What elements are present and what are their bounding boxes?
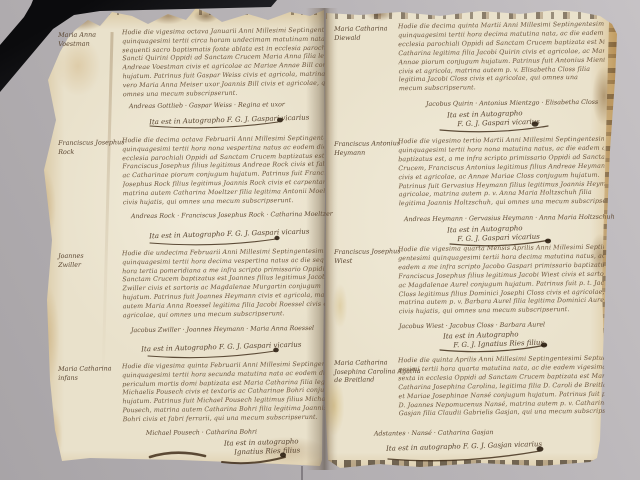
entry-body: Hodie die vigesima quinta Februarii Anni… [122,361,325,425]
entry-body: Hodie die vigesima octava Januarii Anni … [122,27,325,100]
scanner-bed-seam [301,466,303,480]
text-line: Zwiller [58,260,122,269]
margin-name: Maria CatharinaJosephina Carolina Agatha… [334,358,398,385]
margin-name: Maria CatharinaDiewald [334,24,398,42]
entry-body: Hodie die quinta Aprilis Anni Millesimi … [398,355,605,420]
entry-body: Hodie die vigesima quarta Mensis Aprilis… [398,244,605,318]
attestation: Ita est in AutographoF. G. J. Gaspari vi… [447,109,540,130]
text-line: Ignatius Ries filius [234,447,300,458]
text-line: Franciscus Antonius [334,139,398,148]
entry-body: Hodie die vigesimo tertio Martii Anni Mi… [398,136,605,210]
torn-top-edge [320,12,620,19]
text-line: Heymann [334,148,398,157]
witness-line: Michael Pousech · Catharina Bohri [146,429,257,437]
entry-body: Hodie die decima quinta Martii Anni Mill… [398,21,605,95]
attestation: Ita est in AutographoF. G. J. Ignatius R… [443,330,544,352]
margin-name: Maria AnnaVoestman [58,30,122,48]
text-line: Franciscus Josephus [334,247,398,256]
text-line: Josephina Carolina Agatha [334,367,398,376]
attestation: Ita est in AutographoF. G. J. Gaspari vi… [447,224,540,245]
text-line: Franciscus Josephus [58,138,122,147]
manuscript-scan: Maria AnnaVoestman Hodie die vigesima oc… [0,0,640,480]
text-line: Diewald [334,33,398,42]
margin-name: Franciscus AntoniusHeymann [334,139,398,157]
margin-name: Maria Catharinainfans [58,364,122,382]
margin-name: Franciscus JosephusWiest [334,247,398,265]
text-line: infans [58,373,122,382]
margin-name: JoannesZwiller [58,251,122,269]
text-line: Voestman [58,39,122,48]
attestation: Ita est in autographoIgnatius Ries filiu… [224,437,301,458]
worn-bottom-edge [320,460,620,468]
witness-line: Adstantes · Nansé · Catharina Gasjan [374,429,494,437]
entry-body: Hodie die decima octava Februarii Anni M… [122,135,325,208]
worn-bottom-edge [38,466,330,474]
text-line: de Breitland [334,375,398,384]
margin-name: Franciscus JosephusRock [58,138,122,156]
entry-body: Hodie die undecima Februarii Anni Milles… [122,248,325,321]
text-line: Rock [58,147,122,156]
text-line: Wiest [334,256,398,265]
